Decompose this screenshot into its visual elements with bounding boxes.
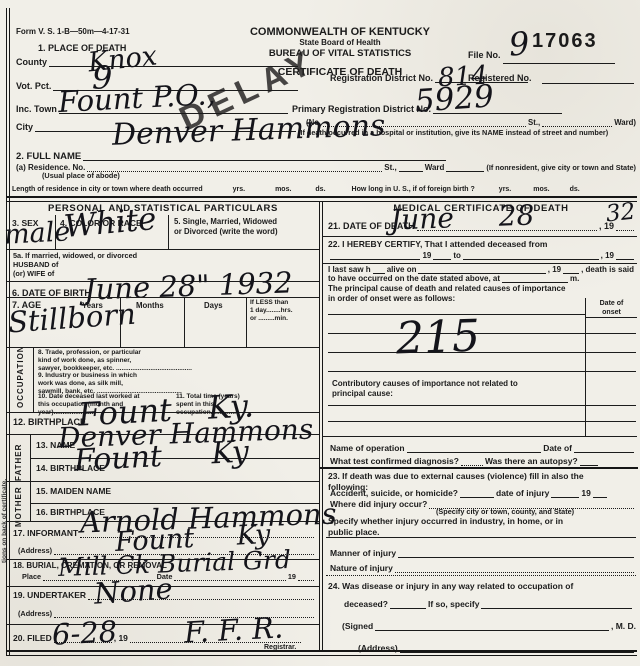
- registrar-signature: F. F. R.: [183, 613, 284, 647]
- age-months-header: Months: [136, 301, 164, 311]
- signed-address-label: (Address): [358, 643, 398, 654]
- race-value: White: [63, 204, 158, 243]
- signed-label: (Signed: [342, 621, 373, 632]
- test-row: What test confirmed diagnosis? Was there…: [330, 456, 636, 467]
- onset-column-divider: [585, 298, 586, 437]
- accident-label: Accident, suicide, or homicide?: [330, 488, 458, 499]
- age-days-header: Days: [204, 301, 223, 311]
- specify-label: Specify whether injury occurred in indus…: [328, 516, 636, 538]
- marital-label: 5. Single, Married, Widowed or Divorced …: [174, 217, 316, 236]
- certify-19b: , 19: [601, 251, 614, 261]
- occurred-a: to have occurred on the date stated abov…: [328, 274, 500, 284]
- length-yrs2: yrs.: [499, 186, 511, 195]
- father-birthplace-value: Fount Ky: [73, 437, 249, 476]
- age-bottom-line: [7, 347, 319, 348]
- cause-line-4: [328, 371, 636, 372]
- related-occupation-label: 24. Was disease or injury in any way rel…: [328, 581, 573, 592]
- operation-date-label: Date of: [543, 443, 572, 454]
- nature-label: Nature of injury: [330, 563, 393, 574]
- length-foreign-label: How long in U. S., if of foreign birth ?: [352, 186, 475, 195]
- contributory-line-1: [328, 405, 636, 406]
- certify-19a: 19: [422, 251, 431, 261]
- injury-date-label: date of injury: [496, 488, 549, 499]
- city-hint-st: St.,: [528, 118, 540, 128]
- burial-value: Mill Ck Burial Grd: [58, 547, 292, 580]
- mother-box-divider: [30, 481, 31, 521]
- dod-year-value: 32: [605, 201, 637, 227]
- injury-year-label: 19: [581, 488, 590, 499]
- file-no-stamped: 17063: [532, 30, 598, 53]
- length-yrs: yrs.: [233, 186, 245, 195]
- row3-bottom-line: [7, 249, 319, 250]
- manner-label: Manner of injury: [330, 548, 396, 559]
- contributory-line-2: [328, 421, 636, 422]
- file-no-line: [503, 63, 615, 64]
- occupation-box-divider: [33, 347, 34, 412]
- certify-dates-row: 19 to , 19: [328, 250, 636, 261]
- residence-note: (If nonresident, give city or town and S…: [486, 164, 636, 173]
- registered-no-line: [542, 83, 634, 84]
- column-divider: [319, 202, 323, 652]
- accident-row: Accident, suicide, or homicide? date of …: [330, 488, 636, 499]
- test-divider: [320, 467, 638, 469]
- test-label: What test confirmed diagnosis?: [330, 456, 459, 467]
- precinct-label: Vot. Pct.: [16, 81, 51, 92]
- registrar-label: Registrar.: [264, 644, 296, 653]
- sex-value: male: [3, 218, 71, 248]
- length-ds2: ds.: [570, 186, 580, 195]
- onset-header: Date of onset: [587, 300, 636, 318]
- signed-row: (Signed , M. D.: [342, 621, 636, 632]
- maiden-name-label: 15. MAIDEN NAME: [36, 486, 111, 497]
- length-mos: mos.: [275, 186, 291, 195]
- informant-label: 17. INFORMANT: [13, 528, 78, 539]
- form-number: Form V. S. 1-B—50m—4-17-31: [16, 27, 130, 37]
- cause-value: 215: [395, 315, 480, 362]
- heading-board: State Board of Health: [218, 38, 462, 48]
- dod-bottom-line: [322, 236, 637, 237]
- full-name-value: Denver Hammons: [112, 111, 386, 151]
- contributory-bottom-line: [322, 436, 637, 437]
- file-no-handwritten: 9: [508, 27, 531, 60]
- death-certificate-scan: tions on back of certificate. Form V. S.…: [0, 0, 640, 666]
- related-specify-label: If so, specify: [428, 599, 480, 610]
- operation-label: Name of operation: [330, 443, 405, 454]
- operation-row: Name of operation Date of: [330, 443, 636, 454]
- length-label: Length of residence in city or town wher…: [12, 186, 203, 195]
- specify-line: [326, 537, 636, 538]
- father-bottom-line: [7, 481, 319, 482]
- undertaker-address-label: (Address): [18, 610, 52, 619]
- trade-label: 8. Trade, profession, or particular kind…: [38, 349, 316, 373]
- length-mos2: mos.: [533, 186, 549, 195]
- certify-to: to: [453, 251, 461, 261]
- length-of-residence-row: Length of residence in city or town wher…: [12, 185, 636, 195]
- cause-line-2: [328, 333, 636, 334]
- residence-ward-label: Ward: [425, 163, 445, 173]
- town-label: Inc. Town: [16, 104, 57, 115]
- manner-row: Manner of injury: [330, 548, 636, 559]
- dod-value: June 28: [390, 201, 535, 234]
- city-label: City: [16, 122, 33, 133]
- age-col-divider-3: [246, 297, 247, 347]
- age-less-label: If LESS than 1 day........hrs. or ......…: [250, 299, 316, 323]
- age-col-divider-2: [184, 297, 185, 347]
- autopsy-label: Was there an autopsy?: [485, 456, 578, 467]
- heading-commonwealth: COMMONWEALTH OF KENTUCKY: [218, 26, 462, 38]
- contributory-label: Contributory causes of importance not re…: [332, 379, 632, 400]
- primary-district-value: 5929: [414, 81, 495, 117]
- length-ds: ds.: [315, 186, 325, 195]
- residence-st-label: St.,: [384, 163, 396, 173]
- occurred-row: to have occurred on the date stated abov…: [328, 274, 634, 284]
- related-occupation-row2: deceased? If so, specify: [344, 599, 634, 610]
- burial-place-label: Place: [22, 573, 41, 582]
- nature-row: Nature of injury: [330, 563, 636, 574]
- occurred-b: m.: [570, 274, 579, 284]
- occupation-side-label: OCCUPATION: [16, 345, 26, 408]
- nature-divider: [326, 575, 636, 576]
- registration-district-label: Registration District No.: [330, 73, 433, 84]
- burial-year-label: 19: [288, 573, 296, 582]
- filed-value: 6-28: [51, 617, 118, 649]
- abode-sublabel: (Usual place of abode): [42, 172, 120, 181]
- cause-line-3: [328, 352, 636, 353]
- personal-title: PERSONAL AND STATISTICAL PARTICULARS: [10, 203, 316, 214]
- margin-note: tions on back of certificate.: [1, 428, 9, 563]
- file-no-label: File No.: [468, 50, 501, 61]
- where-injury-label: Where did injury occur?: [330, 499, 427, 510]
- age-value: Stillborn: [7, 300, 137, 338]
- certify-label: 22. I HEREBY CERTIFY, That I attended de…: [328, 239, 547, 250]
- related-deceased-label: deceased?: [344, 599, 388, 610]
- county-label: County: [16, 57, 47, 68]
- city-hint-ward: Ward): [614, 118, 636, 128]
- md-label: , M. D.: [611, 621, 636, 632]
- town-value: Fount P.O.,: [57, 80, 216, 117]
- informant-address-label: (Address): [18, 547, 52, 556]
- filed-label: 20. FILED: [13, 633, 52, 644]
- undertaker-label: 19. UNDERTAKER: [13, 590, 86, 601]
- onset-header-line: [585, 317, 637, 318]
- race-marital-divider: [168, 215, 169, 249]
- signed-address-row: (Address): [358, 643, 636, 654]
- dob-bottom-line: [7, 297, 319, 298]
- father-side-label: FATHER: [14, 444, 24, 481]
- undertaker-value: None: [93, 574, 174, 608]
